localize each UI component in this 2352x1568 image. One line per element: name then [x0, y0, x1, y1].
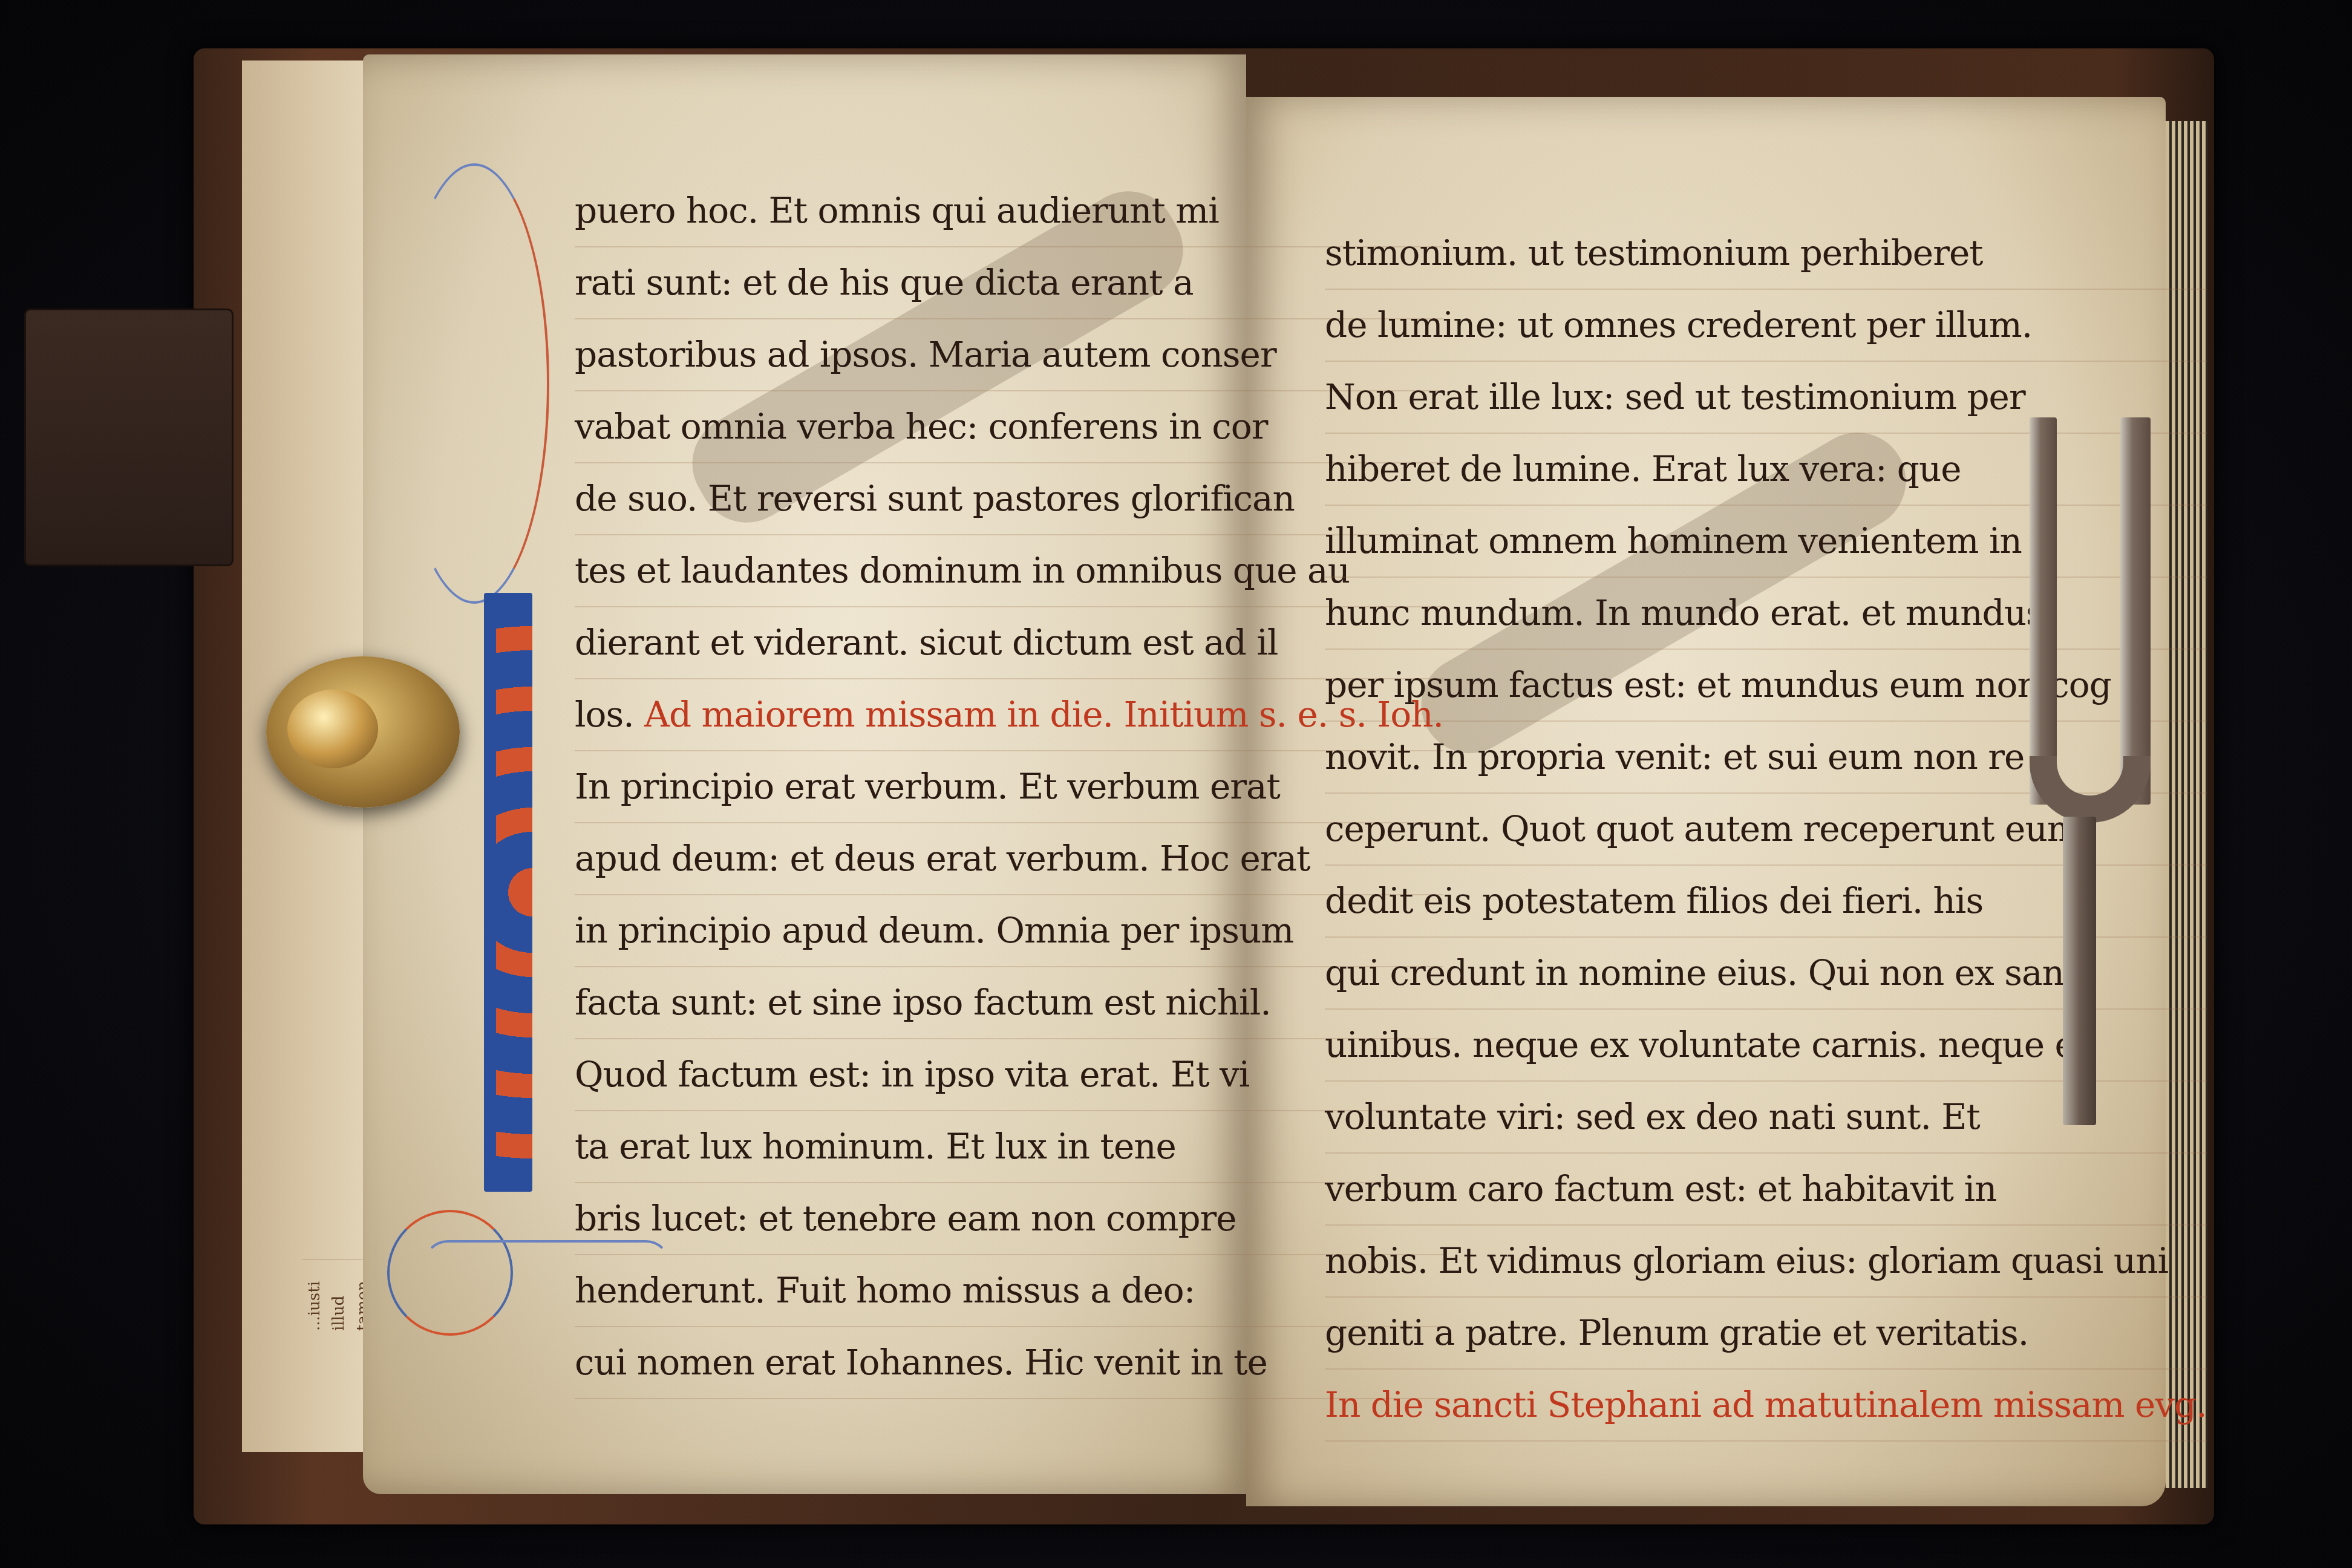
tuning-fork: [2030, 417, 2154, 1125]
tuning-fork-stem: [2063, 817, 2096, 1125]
tuning-fork-prong-left: [2030, 417, 2057, 805]
text-line: ta erat lux hominum. Et lux in tene: [575, 1111, 1443, 1183]
text-line: de lumine: ut omnes crederent per illum.: [1325, 290, 2207, 362]
text-line: vabat omnia verba hec: conferens in cor: [575, 391, 1443, 463]
text-line: geniti a patre. Plenum gratie et veritat…: [1325, 1298, 2207, 1370]
text-line: pastoribus ad ipsos. Maria autem conser: [575, 319, 1443, 391]
leather-strap: [24, 309, 234, 566]
text-line: tes et laudantes dominum in omnibus que …: [575, 535, 1443, 607]
text-line: bris lucet: et tenebre eam non compre: [575, 1183, 1443, 1255]
text-line: stimonium. ut testimonium perhiberet: [1325, 218, 2207, 290]
tuning-fork-prong-right: [2120, 417, 2151, 805]
text-line: facta sunt: et sine ipso factum est nich…: [575, 967, 1443, 1039]
text-line: rati sunt: et de his que dicta erant a: [575, 247, 1443, 319]
text-line-with-rubric: los. Ad maiorem missam in die. Initium s…: [575, 679, 1443, 751]
illuminated-initial-i: [484, 593, 532, 1192]
tuning-fork-yoke: [2030, 756, 2151, 823]
text-line: In principio erat verbum. Et verbum erat: [575, 751, 1443, 823]
brass-clasp-knob: [287, 690, 378, 768]
text-line: in principio apud deum. Omnia per ipsum: [575, 895, 1443, 967]
text-line: Quod factum est: in ipso vita erat. Et v…: [575, 1039, 1443, 1111]
text-fragment: los.: [575, 694, 634, 735]
text-line: henderunt. Fuit homo missus a deo:: [575, 1255, 1443, 1327]
text-line: puero hoc. Et omnis qui audierunt mi: [575, 175, 1443, 247]
text-line: nobis. Et vidimus gloriam eius: gloriam …: [1325, 1226, 2207, 1298]
text-line: cui nomen erat Iohannes. Hic venit in te: [575, 1327, 1443, 1399]
text-line: apud deum: et deus erat verbum. Hoc erat: [575, 823, 1443, 895]
pen-flourish-top: [399, 163, 549, 604]
rubric: Ad maiorem missam in die. Initium s. e. …: [644, 694, 1443, 735]
text-line: dierant et viderant. sicut dictum est ad…: [575, 607, 1443, 679]
left-page-text: puero hoc. Et omnis qui audierunt mi rat…: [575, 175, 1443, 1399]
text-line: de suo. Et reversi sunt pastores glorifi…: [575, 463, 1443, 535]
rubric: In die sancti Stephani ad matutinalem mi…: [1325, 1370, 2207, 1442]
text-line: verbum caro factum est: et habitavit in: [1325, 1154, 2207, 1226]
